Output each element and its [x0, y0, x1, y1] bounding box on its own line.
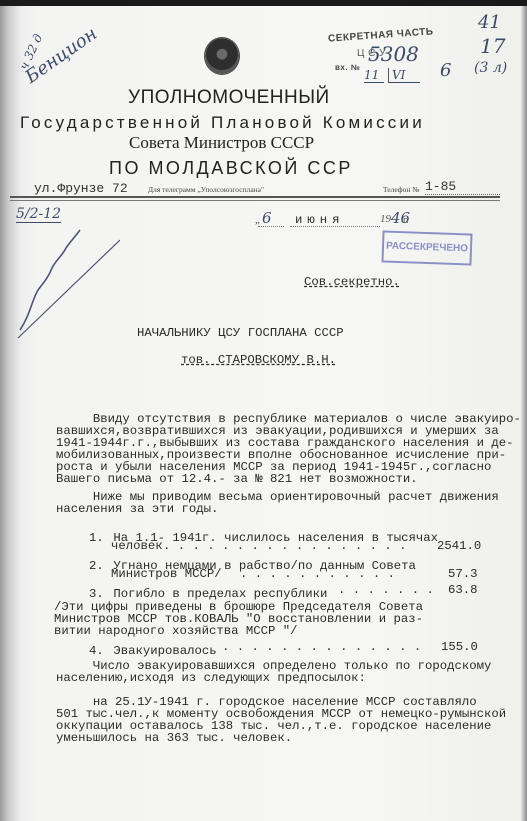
addressee-name: тов. СТАРОВСКОМУ В.Н. [181, 354, 336, 366]
list-item-4: 4. Эвакуировалось [89, 641, 217, 659]
list-item-4-value: 155.0 [441, 641, 478, 653]
declassified-stamp: РАССЕКРЕЧЕНО [381, 230, 472, 265]
ussr-emblem-icon [205, 38, 239, 74]
page-edge-shadow [521, 6, 527, 821]
handwritten-sheets-count: (3 л) [474, 60, 507, 76]
date-month: июня [295, 214, 345, 226]
leader-dots: . . . . . . . [338, 584, 434, 596]
handwritten-number-top-right: 17 [480, 34, 505, 58]
leader-dots: . . . . . . . . . . . [240, 568, 395, 580]
letterhead-council: Совета Министров СССР [129, 133, 314, 153]
addressee-title: НАЧАЛЬНИКУ ЦСУ ГОСПЛАНА СССР [137, 327, 344, 339]
letterhead-title: УПОЛНОМОЧЕННЫЙ [128, 87, 330, 109]
list-item-1-value: 2541.0 [437, 540, 481, 552]
date-day: 6 [262, 209, 272, 227]
secret-part-day: 11 [364, 68, 384, 83]
list-item-3-value: 63.8 [448, 584, 478, 596]
date-year-unit: г. [403, 215, 408, 226]
letterhead-phone-label: Телефон № [383, 185, 419, 194]
secret-part-stamp-prefix: вх. № [335, 63, 360, 72]
list-item-2-cont: Министров МССР/ [111, 568, 222, 580]
handwritten-note-top-right: 41 [478, 12, 501, 33]
classification-label: Сов.секретно. [304, 276, 400, 288]
secret-part-month: VI [388, 68, 420, 83]
handwritten-signature-margin-icon [10, 220, 120, 340]
list-item-2-value: 57.3 [448, 568, 478, 580]
leader-dots: . . . . . . . . . . . . . . [222, 641, 421, 653]
secret-part-year: 6 [440, 60, 451, 81]
date-year-prefix: 19 [380, 213, 391, 225]
leader-dots: . . . . . . . . . . . . . . . . . [163, 540, 407, 552]
body-paragraph-3: Число эвакуировавшихся определено только… [56, 660, 491, 684]
body-note: /Эти цифры приведены в брошюре Председат… [54, 601, 423, 637]
letterhead-address: ул.Фрунзе 72 [34, 181, 128, 196]
letterhead-rule [10, 196, 500, 198]
body-paragraph-4: на 25.1У-1941 г. городское население МСС… [56, 696, 506, 744]
letterhead-phone-value: 1-85 [425, 179, 500, 195]
letterhead-rule-thin [10, 200, 500, 201]
list-item-1-cont: человек [111, 540, 163, 552]
letterhead-commission: Государственной Плановой Комиссии [20, 113, 425, 133]
body-paragraph-2: Ниже мы приводим весьма ориентировочный … [56, 491, 499, 515]
secret-part-incoming-number: 5308 [368, 42, 419, 66]
body-paragraph-1: Ввиду отсутствия в республике материалов… [56, 413, 521, 485]
letterhead-telegram: Для телеграмм „Уполсоюзгосплана" [148, 185, 264, 194]
letterhead-region: ПО МОЛДАВСКОЙ ССР [109, 158, 353, 179]
